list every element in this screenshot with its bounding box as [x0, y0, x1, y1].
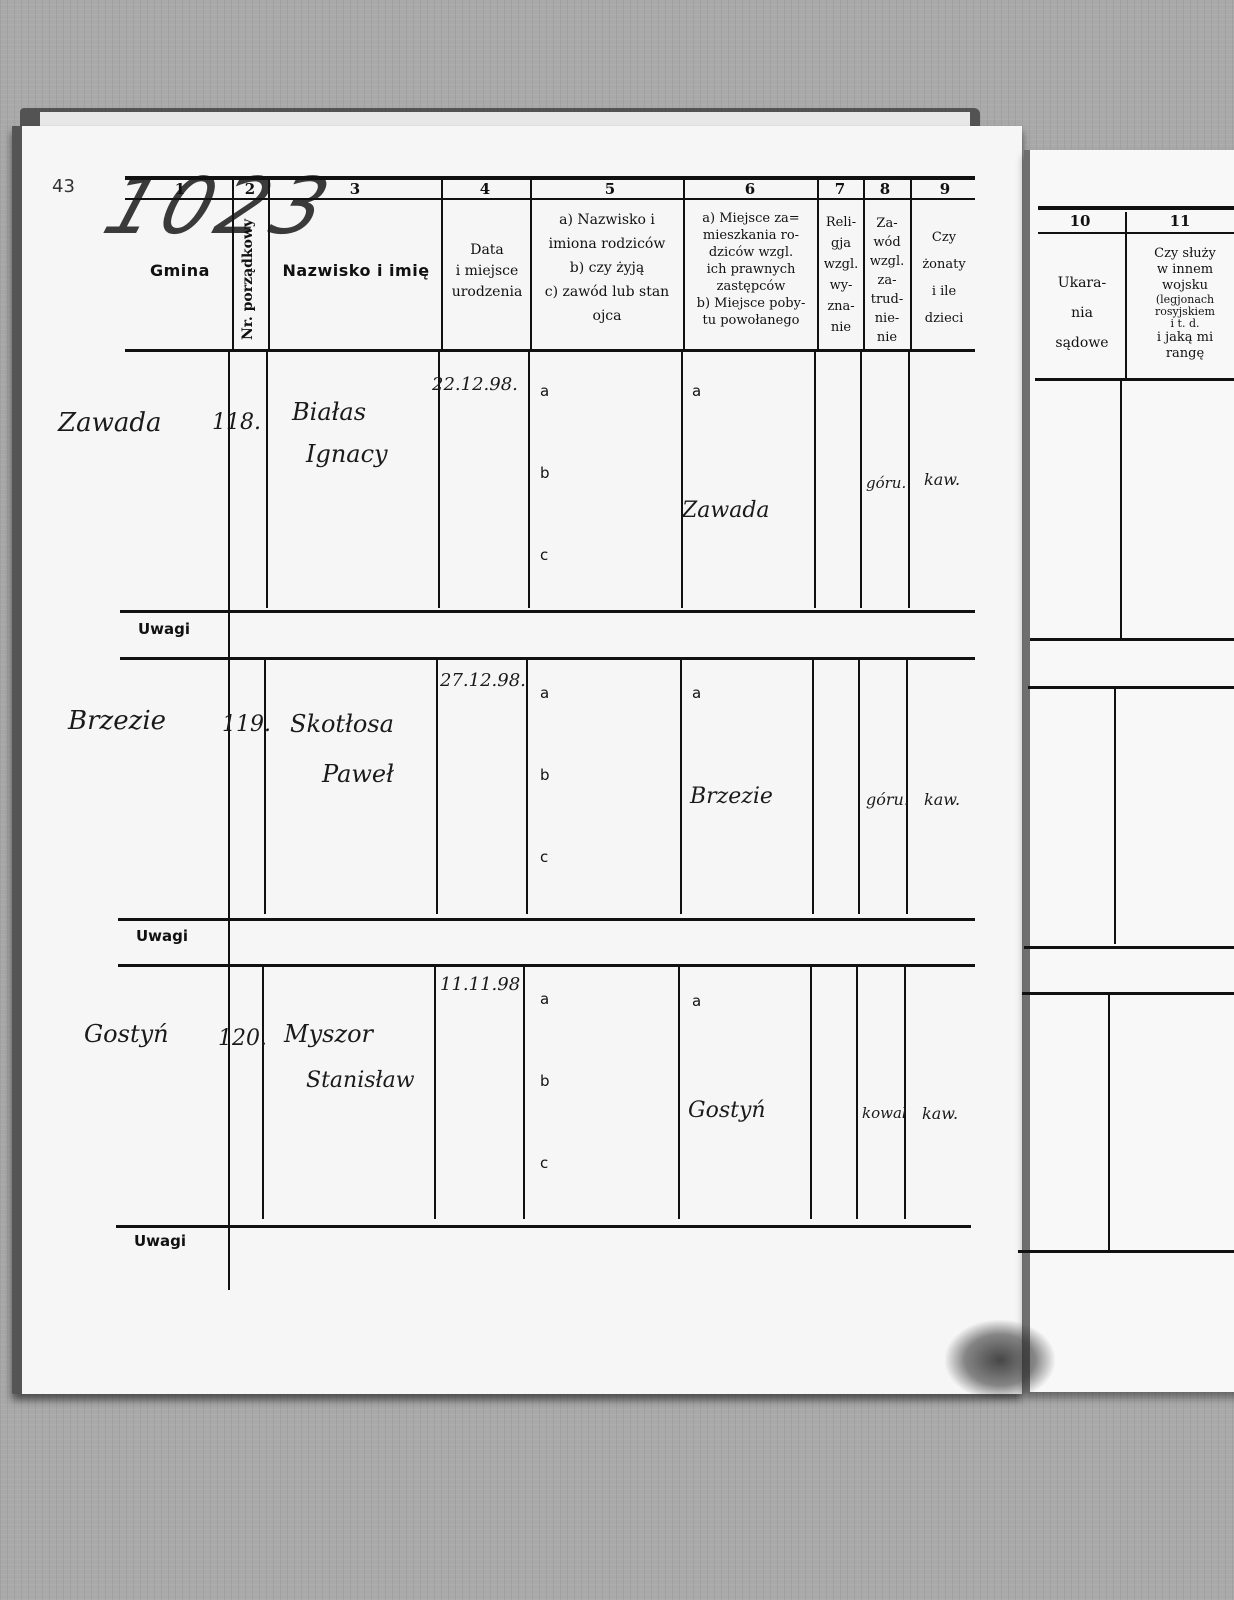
row-divider [810, 966, 812, 1219]
entry-married: kaw. [924, 790, 960, 809]
row-rule [118, 918, 975, 921]
corner-mark: 43 [52, 176, 75, 197]
entry-surname: Białas [292, 398, 366, 426]
entry-occupation: góru. [866, 790, 909, 809]
entry-nr: 119. [222, 712, 271, 737]
header-parents: a) Nazwisko i imiona rodziców b) czy żyj… [531, 208, 683, 328]
entry-occupation: kowal [862, 1104, 907, 1122]
colnum-4: 4 [470, 180, 500, 198]
entry-surname: Myszor [284, 1020, 373, 1048]
row-divider [678, 966, 680, 1219]
frayed-binding-thread [945, 1320, 1055, 1400]
right-row-divider [1114, 688, 1116, 944]
right-row-rule [1024, 946, 1234, 949]
entry-nr: 118. [212, 410, 261, 435]
label-c: c [540, 848, 548, 866]
entry-gmina: Zawada [58, 408, 161, 438]
label-b: b [540, 766, 550, 784]
right-row-rule [1028, 686, 1234, 689]
colnum-2: 2 [235, 180, 265, 198]
label-c: c [540, 1154, 548, 1172]
row-divider [908, 350, 910, 608]
row-divider [528, 350, 530, 608]
uwagi-label: Uwagi [138, 620, 190, 638]
entry-given-name: Ignacy [306, 440, 388, 468]
row-divider [680, 659, 682, 914]
row-divider [264, 659, 266, 914]
label-a: a [692, 992, 701, 1010]
right-row-rule [1022, 992, 1234, 995]
right-row-rule [1018, 1250, 1234, 1253]
right-hdr-divider [1125, 212, 1127, 380]
row-divider [262, 966, 264, 1219]
row-divider [266, 350, 268, 608]
row-divider [523, 966, 525, 1219]
row-divider [434, 966, 436, 1219]
entry-married: kaw. [922, 1104, 958, 1123]
hdr-divider [232, 180, 234, 350]
colnum-8: 8 [870, 180, 900, 198]
row-divider [856, 966, 858, 1219]
label-a: a [540, 684, 549, 702]
label-a: a [692, 382, 701, 400]
row-divider [858, 659, 860, 914]
row-rule [120, 610, 975, 613]
label-b: b [540, 464, 550, 482]
entry-gmina: Brzezie [68, 706, 166, 736]
header-married: Czy żonaty i ile dzieci [911, 224, 977, 332]
row-divider [906, 659, 908, 914]
colnum-10: 10 [1060, 212, 1100, 230]
header-bottom-rule [125, 349, 975, 352]
colnum-3: 3 [340, 180, 370, 198]
row-divider [904, 966, 906, 1219]
entry-given-name: Stanisław [306, 1068, 415, 1093]
colnum-6: 6 [735, 180, 765, 198]
entry-married: kaw. [924, 470, 960, 489]
colnum-7: 7 [825, 180, 855, 198]
row-divider [681, 350, 683, 608]
header-residence: a) Miejsce za= mieszkania ro- dziców wzg… [684, 210, 818, 329]
entry-gmina: Gostyń [84, 1020, 169, 1048]
right-row-divider [1108, 994, 1110, 1250]
label-a: a [540, 990, 549, 1008]
uwagi-divider [228, 350, 230, 1290]
row-divider [814, 350, 816, 608]
header-other-army-service: Czy służy w innem wojsku (legjonach rosy… [1130, 246, 1234, 362]
header-religion: Reli- gja wzgl. wy- zna- nie [818, 212, 864, 338]
colnum-9: 9 [930, 180, 960, 198]
header-nazwisko-imie: Nazwisko i imię [272, 262, 440, 279]
right-row-divider [1120, 380, 1122, 638]
right-row-rule [1030, 638, 1234, 641]
row-divider [812, 659, 814, 914]
header-nr-porzadkowy: Nr. porządkowy [240, 219, 256, 340]
entry-nr: 120. [218, 1026, 267, 1051]
entry-residence-b: Brzezie [690, 784, 773, 809]
row-rule [116, 1225, 971, 1228]
header-gmina: Gmina [135, 262, 225, 279]
right-header-bottom-rule [1035, 378, 1234, 381]
row-divider [436, 659, 438, 914]
label-a: a [692, 684, 701, 702]
row-rule [120, 657, 975, 660]
header-court-penalties: Ukara- nia sądowe [1040, 268, 1124, 358]
entry-occupation: góru. [866, 474, 906, 492]
row-divider [860, 350, 862, 608]
label-b: b [540, 1072, 550, 1090]
entry-birth-date: 22.12.98. [432, 374, 518, 395]
colnum-11: 11 [1160, 212, 1200, 230]
uwagi-label: Uwagi [134, 1232, 186, 1250]
entry-residence-b: Gostyń [688, 1098, 766, 1123]
header-birth: Data i miejsce urodzenia [443, 240, 531, 303]
hdr-divider [268, 180, 270, 350]
entry-given-name: Paweł [322, 760, 394, 788]
row-divider [526, 659, 528, 914]
uwagi-label: Uwagi [136, 927, 188, 945]
right-header-top-rule [1038, 206, 1234, 210]
header-occupation: Za- wód wzgl. za- trud- nie- nie [864, 214, 910, 347]
entry-residence-b: Zawada [682, 498, 770, 523]
label-c: c [540, 546, 548, 564]
row-rule [118, 964, 975, 967]
entry-birth-date: 11.11.98 [440, 974, 520, 995]
right-header-number-rule [1038, 232, 1234, 234]
entry-surname: Skotłosa [290, 710, 394, 738]
header-number-rule [125, 198, 975, 200]
colnum-1: 1 [165, 180, 195, 198]
label-a: a [540, 382, 549, 400]
entry-birth-date: 27.12.98. [440, 670, 526, 691]
colnum-5: 5 [595, 180, 625, 198]
